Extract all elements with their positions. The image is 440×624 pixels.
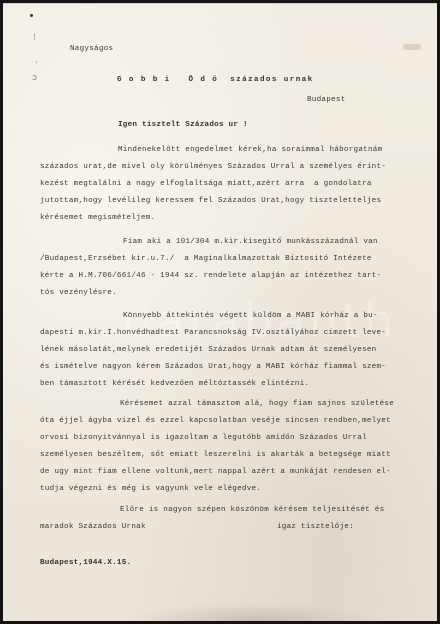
paper-stain (403, 44, 421, 50)
scanned-document: ⁝ ˈ ↄ darabanth Nagyságos G o b b i Ö d … (0, 0, 440, 624)
place-date: Budapest,1944.X.15. (40, 559, 131, 568)
body-line: Fiam aki a 101/304 m.kir.kisegitő munkás… (123, 238, 378, 247)
body-line: orvosi bizonyitvánnyal is igazoltam a le… (40, 434, 367, 443)
body-line: de ugy mint fiam ellene voltunk,mert nap… (40, 468, 391, 477)
ink-speck (30, 14, 33, 17)
margin-pencil-mark: ˈ (35, 62, 37, 71)
body-line: ben támasztott kérését kedvezően méltózt… (40, 380, 309, 389)
margin-pencil-mark: ↄ (32, 74, 37, 83)
body-line: személyesen beszéltem, sőt emiatt leszer… (40, 451, 391, 460)
body-line: tós vezénylésre. (40, 289, 117, 298)
paper-fold-shadow (123, 603, 383, 621)
body-line: óta éjjel ágyba vizel és ezzel kapcsolat… (40, 417, 391, 426)
body-line: dapesti m.kir.I.honvédhadtest Parancsnok… (40, 329, 386, 338)
body-line: Kérésemet azzal támasztom alá, hogy fiam… (120, 400, 394, 409)
body-line: kérésemet megismételjem. (40, 214, 155, 223)
body-line: és ismételve nagyon kérem Százados Urat,… (40, 363, 386, 372)
watermark: darabanth (123, 294, 397, 348)
closing-right: igaz tisztelője: (277, 523, 354, 532)
letter-page: ⁝ ˈ ↄ darabanth Nagyságos G o b b i Ö d … (3, 3, 437, 621)
closing-left: maradok Százados Urnak (40, 523, 146, 532)
body-line: kérte a H.M.706/661/46 - 1944 sz. rendel… (40, 272, 381, 281)
body-line: tudja végezni és még is vagyunk vele elé… (40, 485, 261, 494)
greeting: Igen tisztelt Százados ur ! (118, 121, 248, 130)
body-line: Könnyebb áttekintés végett küldöm a MABI… (123, 312, 378, 321)
body-line: százados urat,de mivel oly körülményes S… (40, 163, 386, 172)
body-line: /Budapest,Erzsébet kir.u.7./ a Maginalka… (40, 255, 372, 264)
recipient-name: G o b b i Ö d ö százados urnak (117, 76, 314, 85)
salutation-title: Nagyságos (70, 45, 113, 54)
body-line: jutottam,hogy levélileg keressem fel Szá… (40, 197, 381, 206)
body-line: lének másolatát,melynek eredetijét Száza… (40, 346, 377, 355)
body-line: Mindenekelőtt engedelmet kérek,ha soraim… (118, 146, 382, 155)
body-line: kezést megtalálni a nagy elfoglaltsága m… (40, 180, 372, 189)
body-line: Előre is nagyon szépen köszönöm kérésem … (120, 506, 384, 515)
margin-pencil-mark: ⁝ (33, 34, 36, 43)
recipient-city: Budapest (307, 96, 345, 105)
